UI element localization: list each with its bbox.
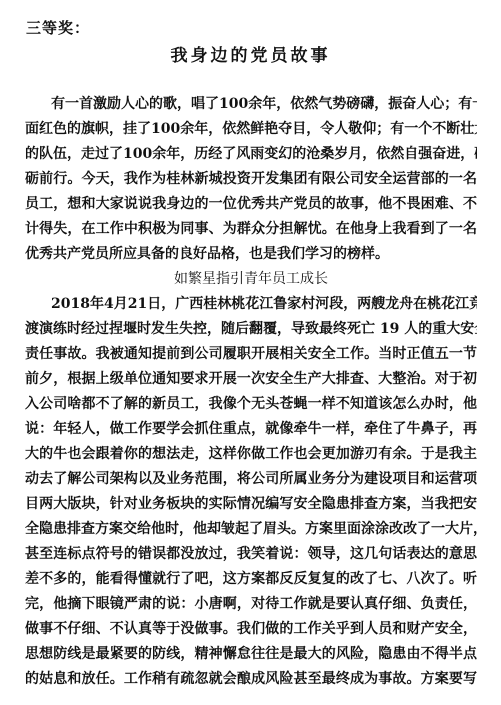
paragraph-line: 的队伍，走过了100余年，历经了风雨变幻的沧桑岁月，依然自强奋进，砥 bbox=[25, 142, 477, 167]
paragraph-line: 前夕，根据上级单位通知要求开展一次安全生产大排查、大整治。对于初 bbox=[25, 367, 477, 392]
paragraph-line: 的姑息和放任。工作稍有疏忽就会酿成风险甚至最终成为事故。方案要写 bbox=[25, 667, 477, 692]
paragraph-line: 甚至连标点符号的错误都没放过，我笑着说：领导，这几句话表达的意思 bbox=[25, 542, 477, 567]
paragraph-line: 有一首激励人心的歌，唱了100余年，依然气势磅礴，振奋人心；有一 bbox=[25, 92, 477, 117]
document-title: 我身边的党员故事 bbox=[0, 41, 501, 66]
paragraph-line: 计得失，在工作中积极为同事、为群众分担解忧。在他身上我看到了一名 bbox=[25, 217, 477, 242]
paragraph-line: 目两大版块，针对业务板块的实际情况编写安全隐患排查方案，当我把安 bbox=[25, 492, 477, 517]
paragraph-line: 思想防线是最紧要的防线，精神懈怠往往是最大的风险，隐患由不得半点 bbox=[25, 642, 477, 667]
document-body: 有一首激励人心的歌，唱了100余年，依然气势磅礴，振奋人心；有一 面红色的旗帜，… bbox=[25, 92, 477, 692]
paragraph-line: 优秀共产党员所应具备的良好品格，也是我们学习的榜样。 bbox=[25, 242, 477, 267]
paragraph-line: 完，他摘下眼镜严肃的说：小唐啊，对待工作就是要认真仔细、负责任， bbox=[25, 592, 477, 617]
paragraph-line: 渡演练时经过捏堰时发生失控，随后翻覆，导致最终死亡 19 人的重大安全 bbox=[25, 317, 477, 342]
paragraph-line: 面红色的旗帜，挂了100余年，依然鲜艳夺目，令人敬仰；有一个不断壮大 bbox=[25, 117, 477, 142]
paragraph-line: 动去了解公司架构以及业务范围，将公司所属业务分为建设项目和运营项 bbox=[25, 467, 477, 492]
paragraph-line: 入公司啥都不了解的新员工，我像个无头苍蝇一样不知道该怎么办时，他 bbox=[25, 392, 477, 417]
award-label: 三等奖： bbox=[26, 17, 90, 38]
paragraph-line: 做事不仔细、不认真等于没做事。我们做的工作关乎到人员和财产安全， bbox=[25, 617, 477, 642]
paragraph-line: 差不多的，能看得懂就行了吧，这方案都反反复复的改了七、八次了。听 bbox=[25, 567, 477, 592]
paragraph-line: 员工，想和大家说说我身边的一位优秀共产党员的故事，他不畏困难、不 bbox=[25, 192, 477, 217]
paragraph-line: 砺前行。今天，我作为桂林新城投资开发集团有限公司安全运营部的一名 bbox=[25, 167, 477, 192]
paragraph-line: 全隐患排查方案交给他时，他却皱起了眉头。方案里面涂涂改改了一大片， bbox=[25, 517, 477, 542]
paragraph-line: 2018年4月21日，广西桂林桃花江鲁家村河段，两艘龙舟在桃花江竞 bbox=[25, 292, 477, 317]
paragraph-line: 说：年轻人，做工作要学会抓住重点，就像牵牛一样，牵住了牛鼻子，再 bbox=[25, 417, 477, 442]
section-subtitle: 如繁星指引青年员工成长 bbox=[25, 267, 477, 292]
paragraph-line: 大的牛也会跟着你的想法走，这样你做工作也会更加游刃有余。于是我主 bbox=[25, 442, 477, 467]
paragraph-line: 责任事故。我被通知提前到公司履职开展相关安全工作。当时正值五一节 bbox=[25, 342, 477, 367]
